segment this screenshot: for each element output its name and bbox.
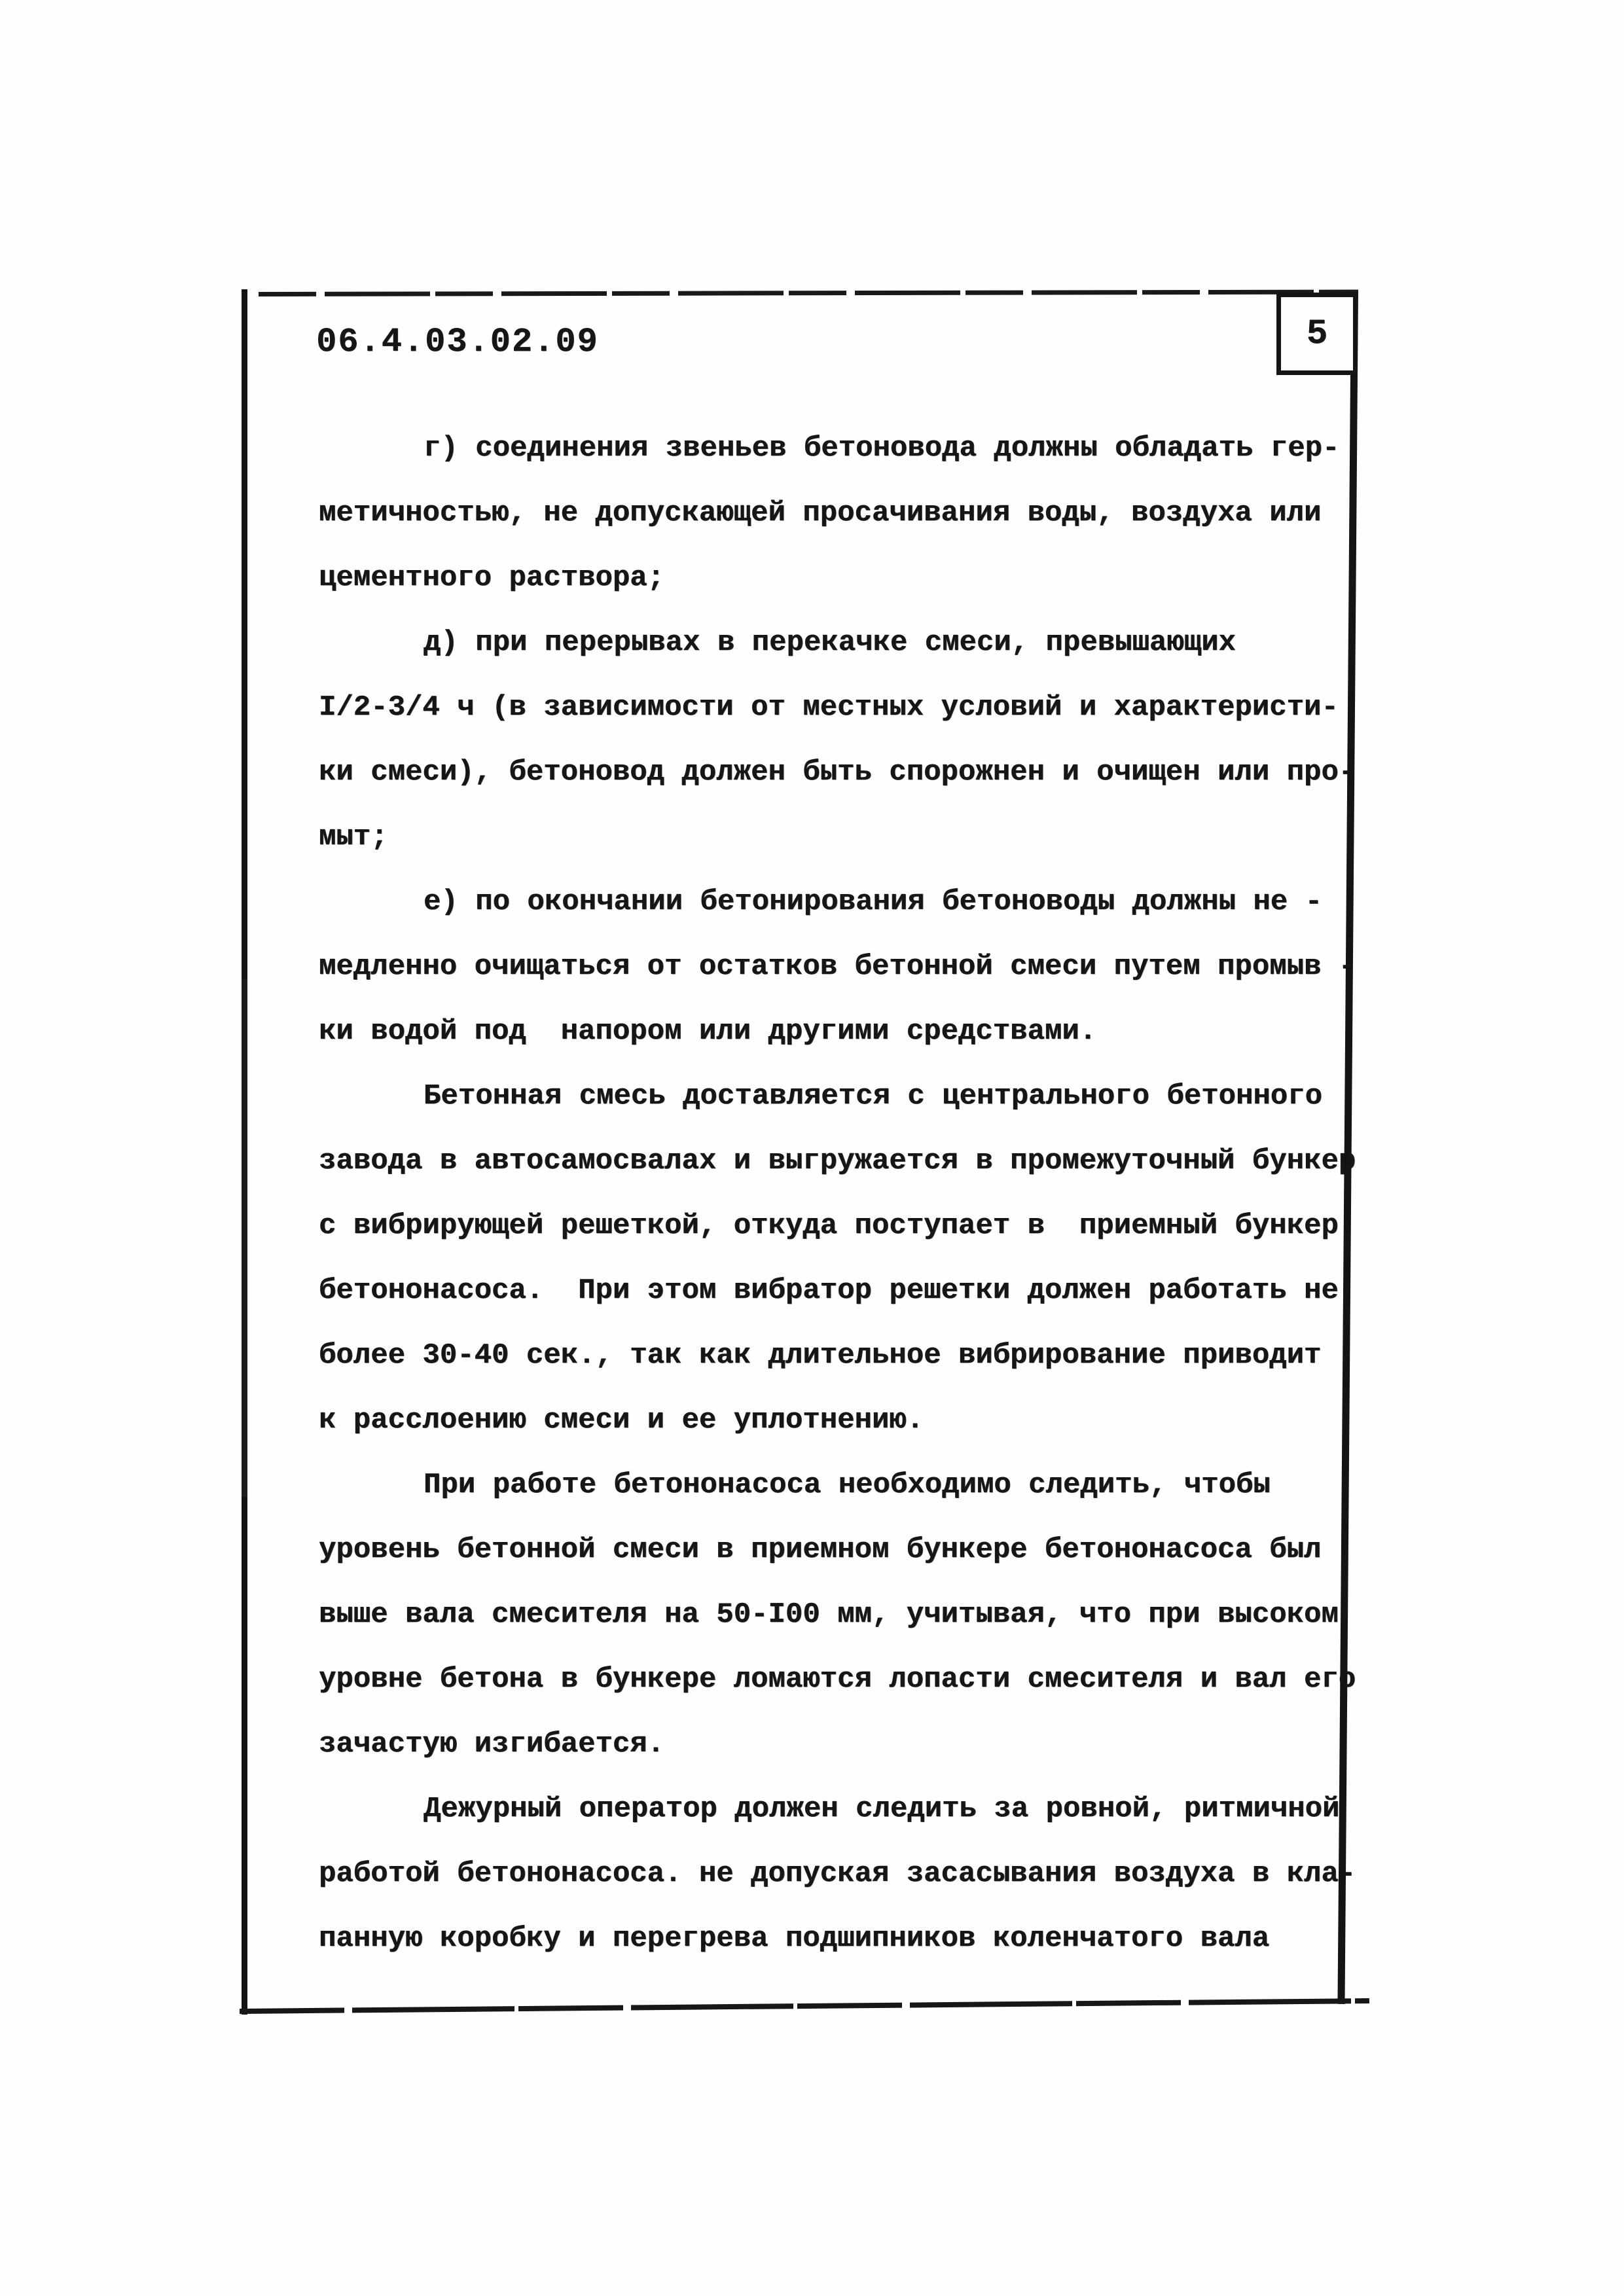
text-line: При работе бетононасоса необходимо следи…	[319, 1453, 1344, 1518]
document-code: 06.4.03.02.09	[316, 325, 599, 359]
text-line: мыт;	[319, 805, 1344, 870]
text-line: Дежурный оператор должен следить за ровн…	[319, 1777, 1344, 1842]
text-line: зачастую изгибается.	[319, 1712, 1344, 1777]
paper-background: 06.4.03.02.09 5 г) соединения звеньев бе…	[0, 0, 1624, 2296]
text-line: ки водой под напором или другими средств…	[319, 999, 1344, 1064]
frame-top-border	[259, 289, 1358, 296]
text-line: ки смеси), бетоновод должен быть спорожн…	[319, 740, 1344, 805]
text-line: е) по окончании бетонирования бетоноводы…	[319, 870, 1344, 935]
text-line: к расслоению смеси и ее уплотнению.	[319, 1388, 1344, 1453]
text-line: уровне бетона в бункере ломаются лопасти…	[319, 1647, 1344, 1712]
text-line: с вибрирующей решеткой, откуда поступает…	[319, 1194, 1344, 1259]
text-line: работой бетононасоса. не допуская засасы…	[319, 1842, 1344, 1907]
text-line: Бетонная смесь доставляется с центрально…	[319, 1064, 1344, 1129]
text-line: медленно очищаться от остатков бетонной …	[319, 935, 1344, 999]
text-line: завода в автосамосвалах и выгружается в …	[319, 1129, 1344, 1194]
page-number-box: 5	[1276, 293, 1358, 375]
frame-bottom-border	[240, 1998, 1369, 2014]
text-line: уровень бетонной смеси в приемном бункер…	[319, 1518, 1344, 1583]
text-line: бетононасоса. При этом вибратор решетки …	[319, 1259, 1344, 1323]
text-line: г) соединения звеньев бетоновода должны …	[319, 416, 1344, 481]
text-line: выше вала смесителя на 50-I00 мм, учитыв…	[319, 1583, 1344, 1647]
text-line: цементного раствора;	[319, 546, 1344, 611]
text-line: более 30-40 сек., так как длительное виб…	[319, 1323, 1344, 1388]
frame-left-border	[242, 289, 247, 2015]
text-line: д) при перерывах в перекачке смеси, прев…	[319, 611, 1344, 675]
text-line: панную коробку и перегрева подшипников к…	[319, 1907, 1344, 1971]
text-line: I/2-3/4 ч (в зависимости от местных усло…	[319, 675, 1344, 740]
scanned-document-page: { "page": { "code": "06.4.03.02.09", "nu…	[0, 0, 1624, 2296]
text-line: метичностью, не допускающей просачивания…	[319, 481, 1344, 546]
document-body: г) соединения звеньев бетоновода должны …	[319, 416, 1344, 1971]
page-number: 5	[1307, 314, 1327, 354]
